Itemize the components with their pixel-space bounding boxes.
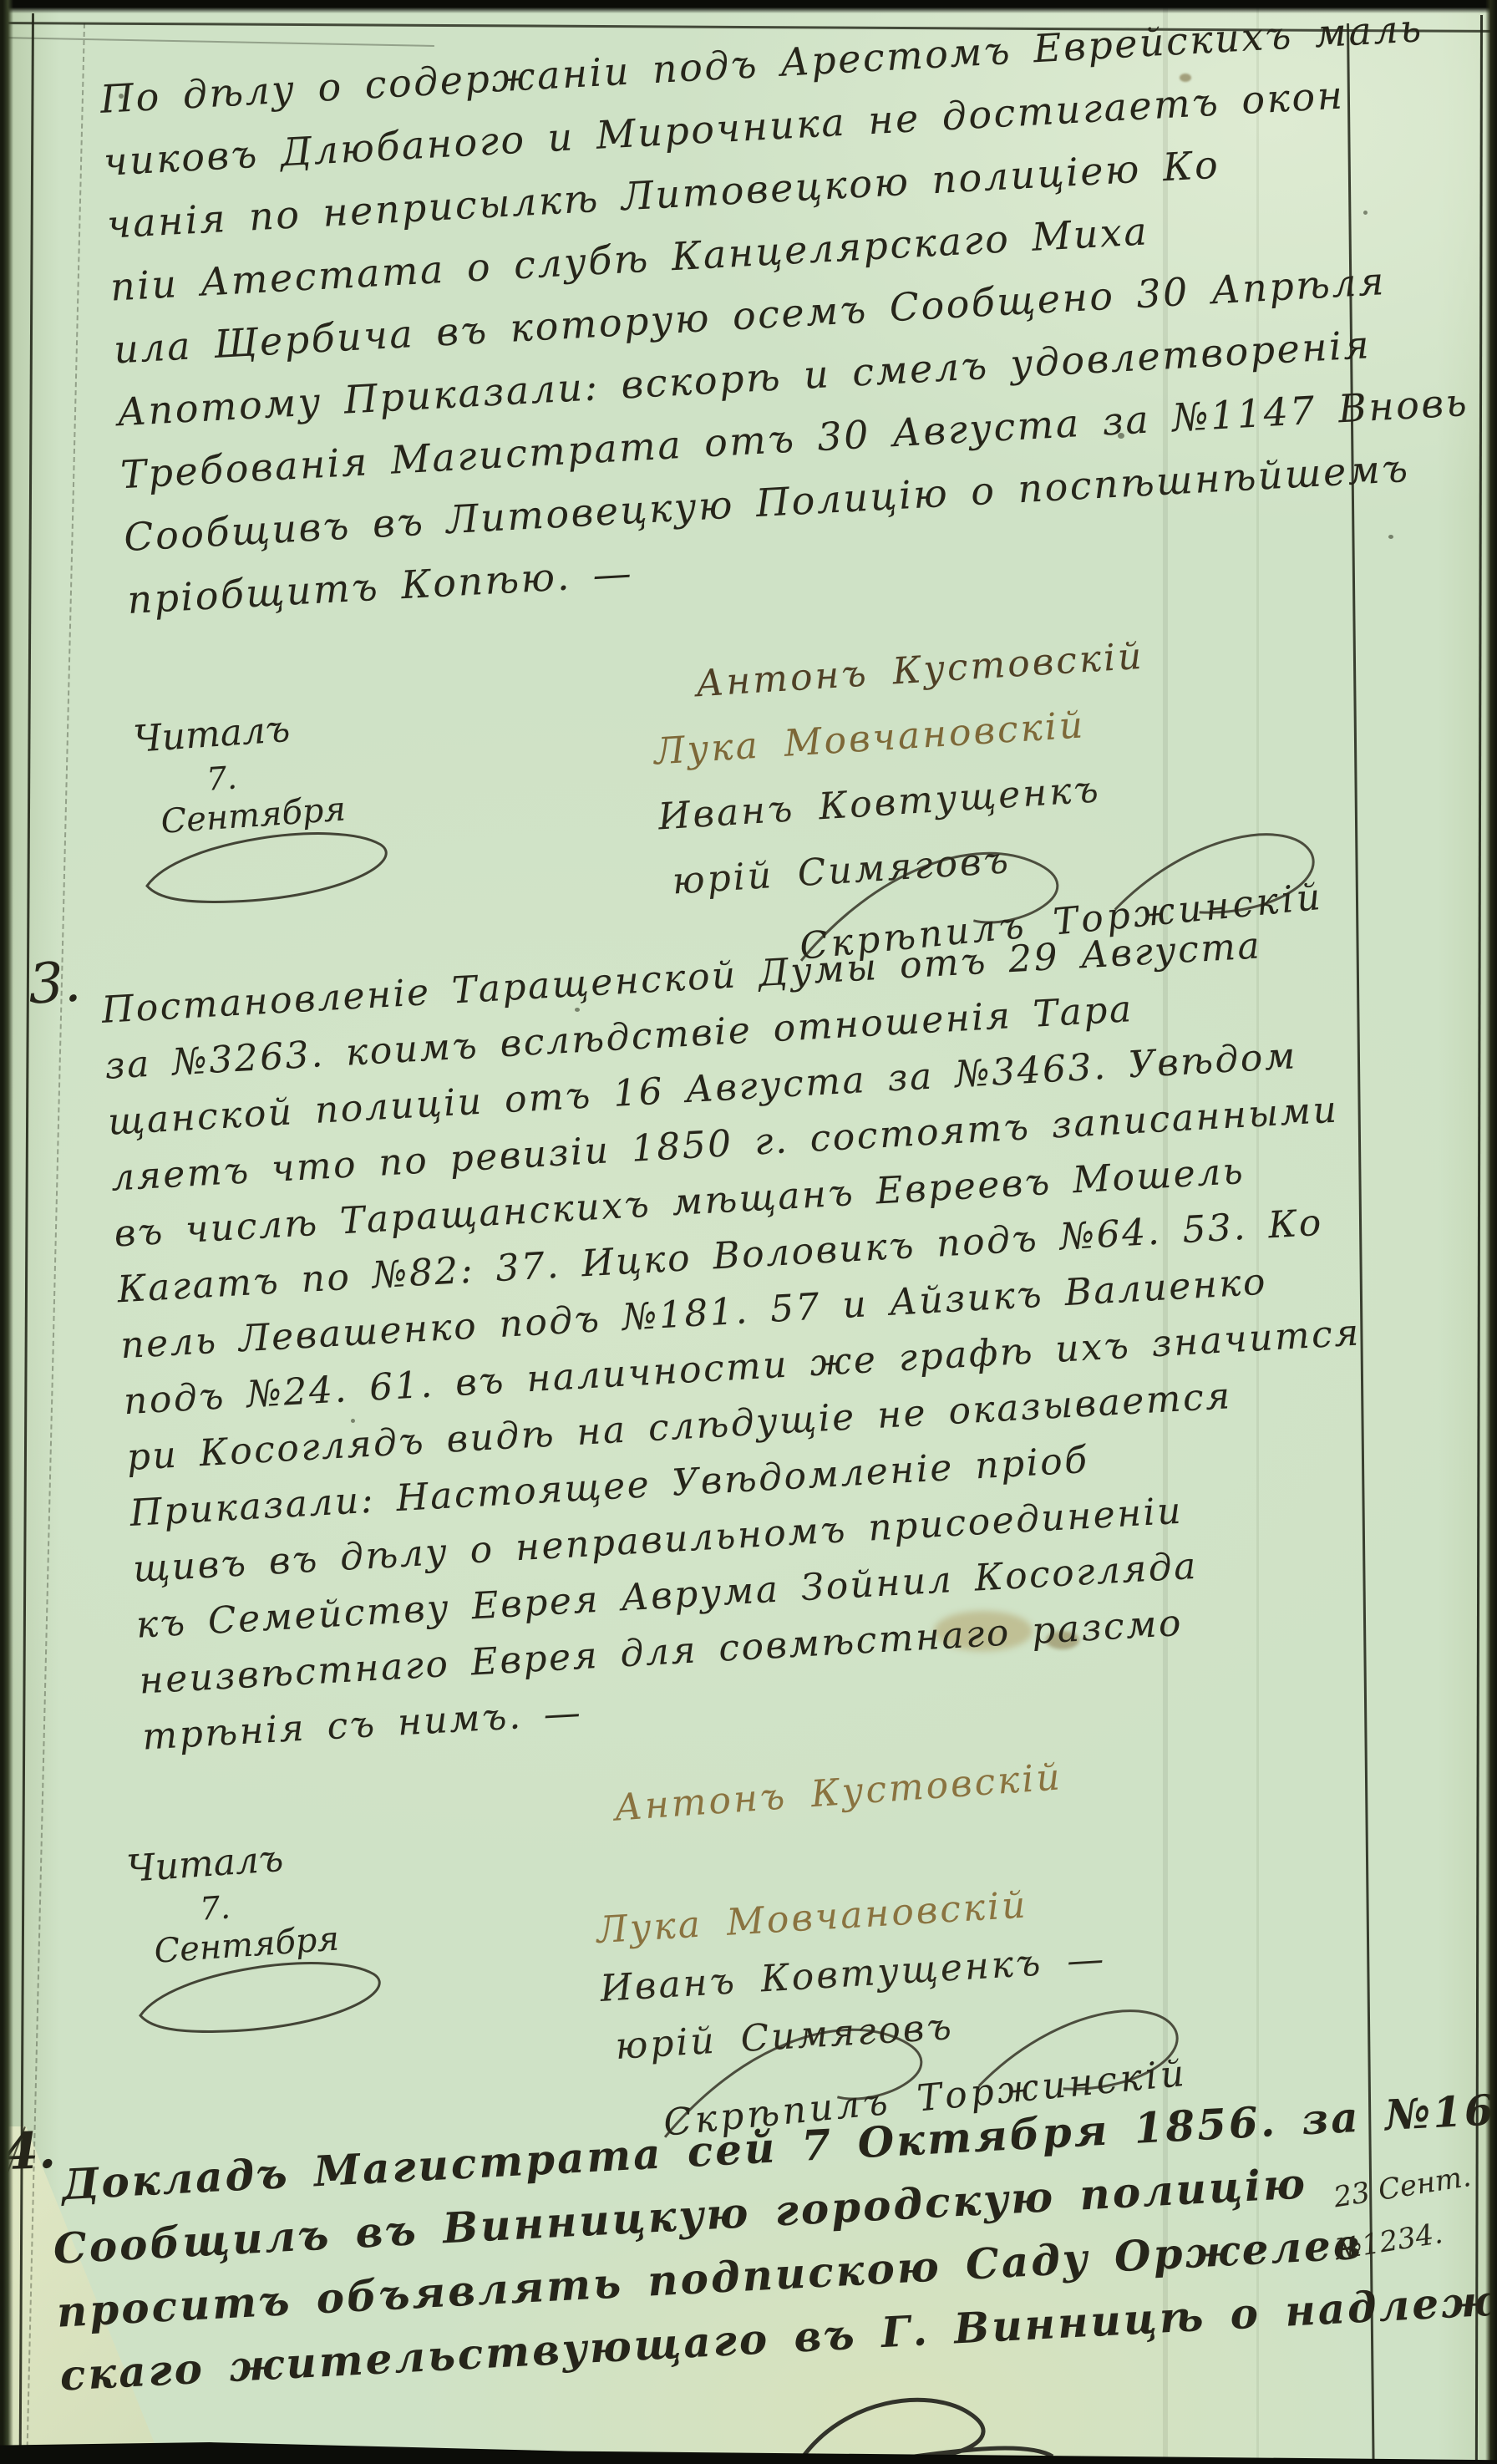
margin-note: 23 Сент. №1234. [1330, 2151, 1483, 2274]
paragraph-3: Постановленіе Таращенской Думы отъ 29 Ав… [100, 915, 1362, 1765]
fly-speck [1363, 211, 1368, 215]
read-note-2: Читалъ 7. Сентября [125, 1829, 411, 2044]
fly-speck [1388, 535, 1393, 539]
binding-edge-left [0, 0, 13, 2464]
flourish-swash [777, 2391, 1061, 2461]
photo-edge-top [0, 0, 1497, 13]
signature-block-2: Лука Мовчановскій Иванъ Ковтущенкъ — юрі… [595, 1872, 1111, 2077]
read-note-1: Читалъ 7. Сентября [132, 699, 418, 914]
paragraph-number-3: 3. [27, 949, 83, 1016]
manuscript-scan: По дѣлу о содержаніи подъ Арестомъ Еврей… [0, 0, 1497, 2464]
paragraph-1: По дѣлу о содержаніи подъ Арестомъ Еврей… [99, 3, 1347, 632]
photo-edge-right [1485, 0, 1497, 2464]
signature-block-1: Антонъ Кустовскій Лука Мовчановскій Иван… [648, 624, 1159, 916]
